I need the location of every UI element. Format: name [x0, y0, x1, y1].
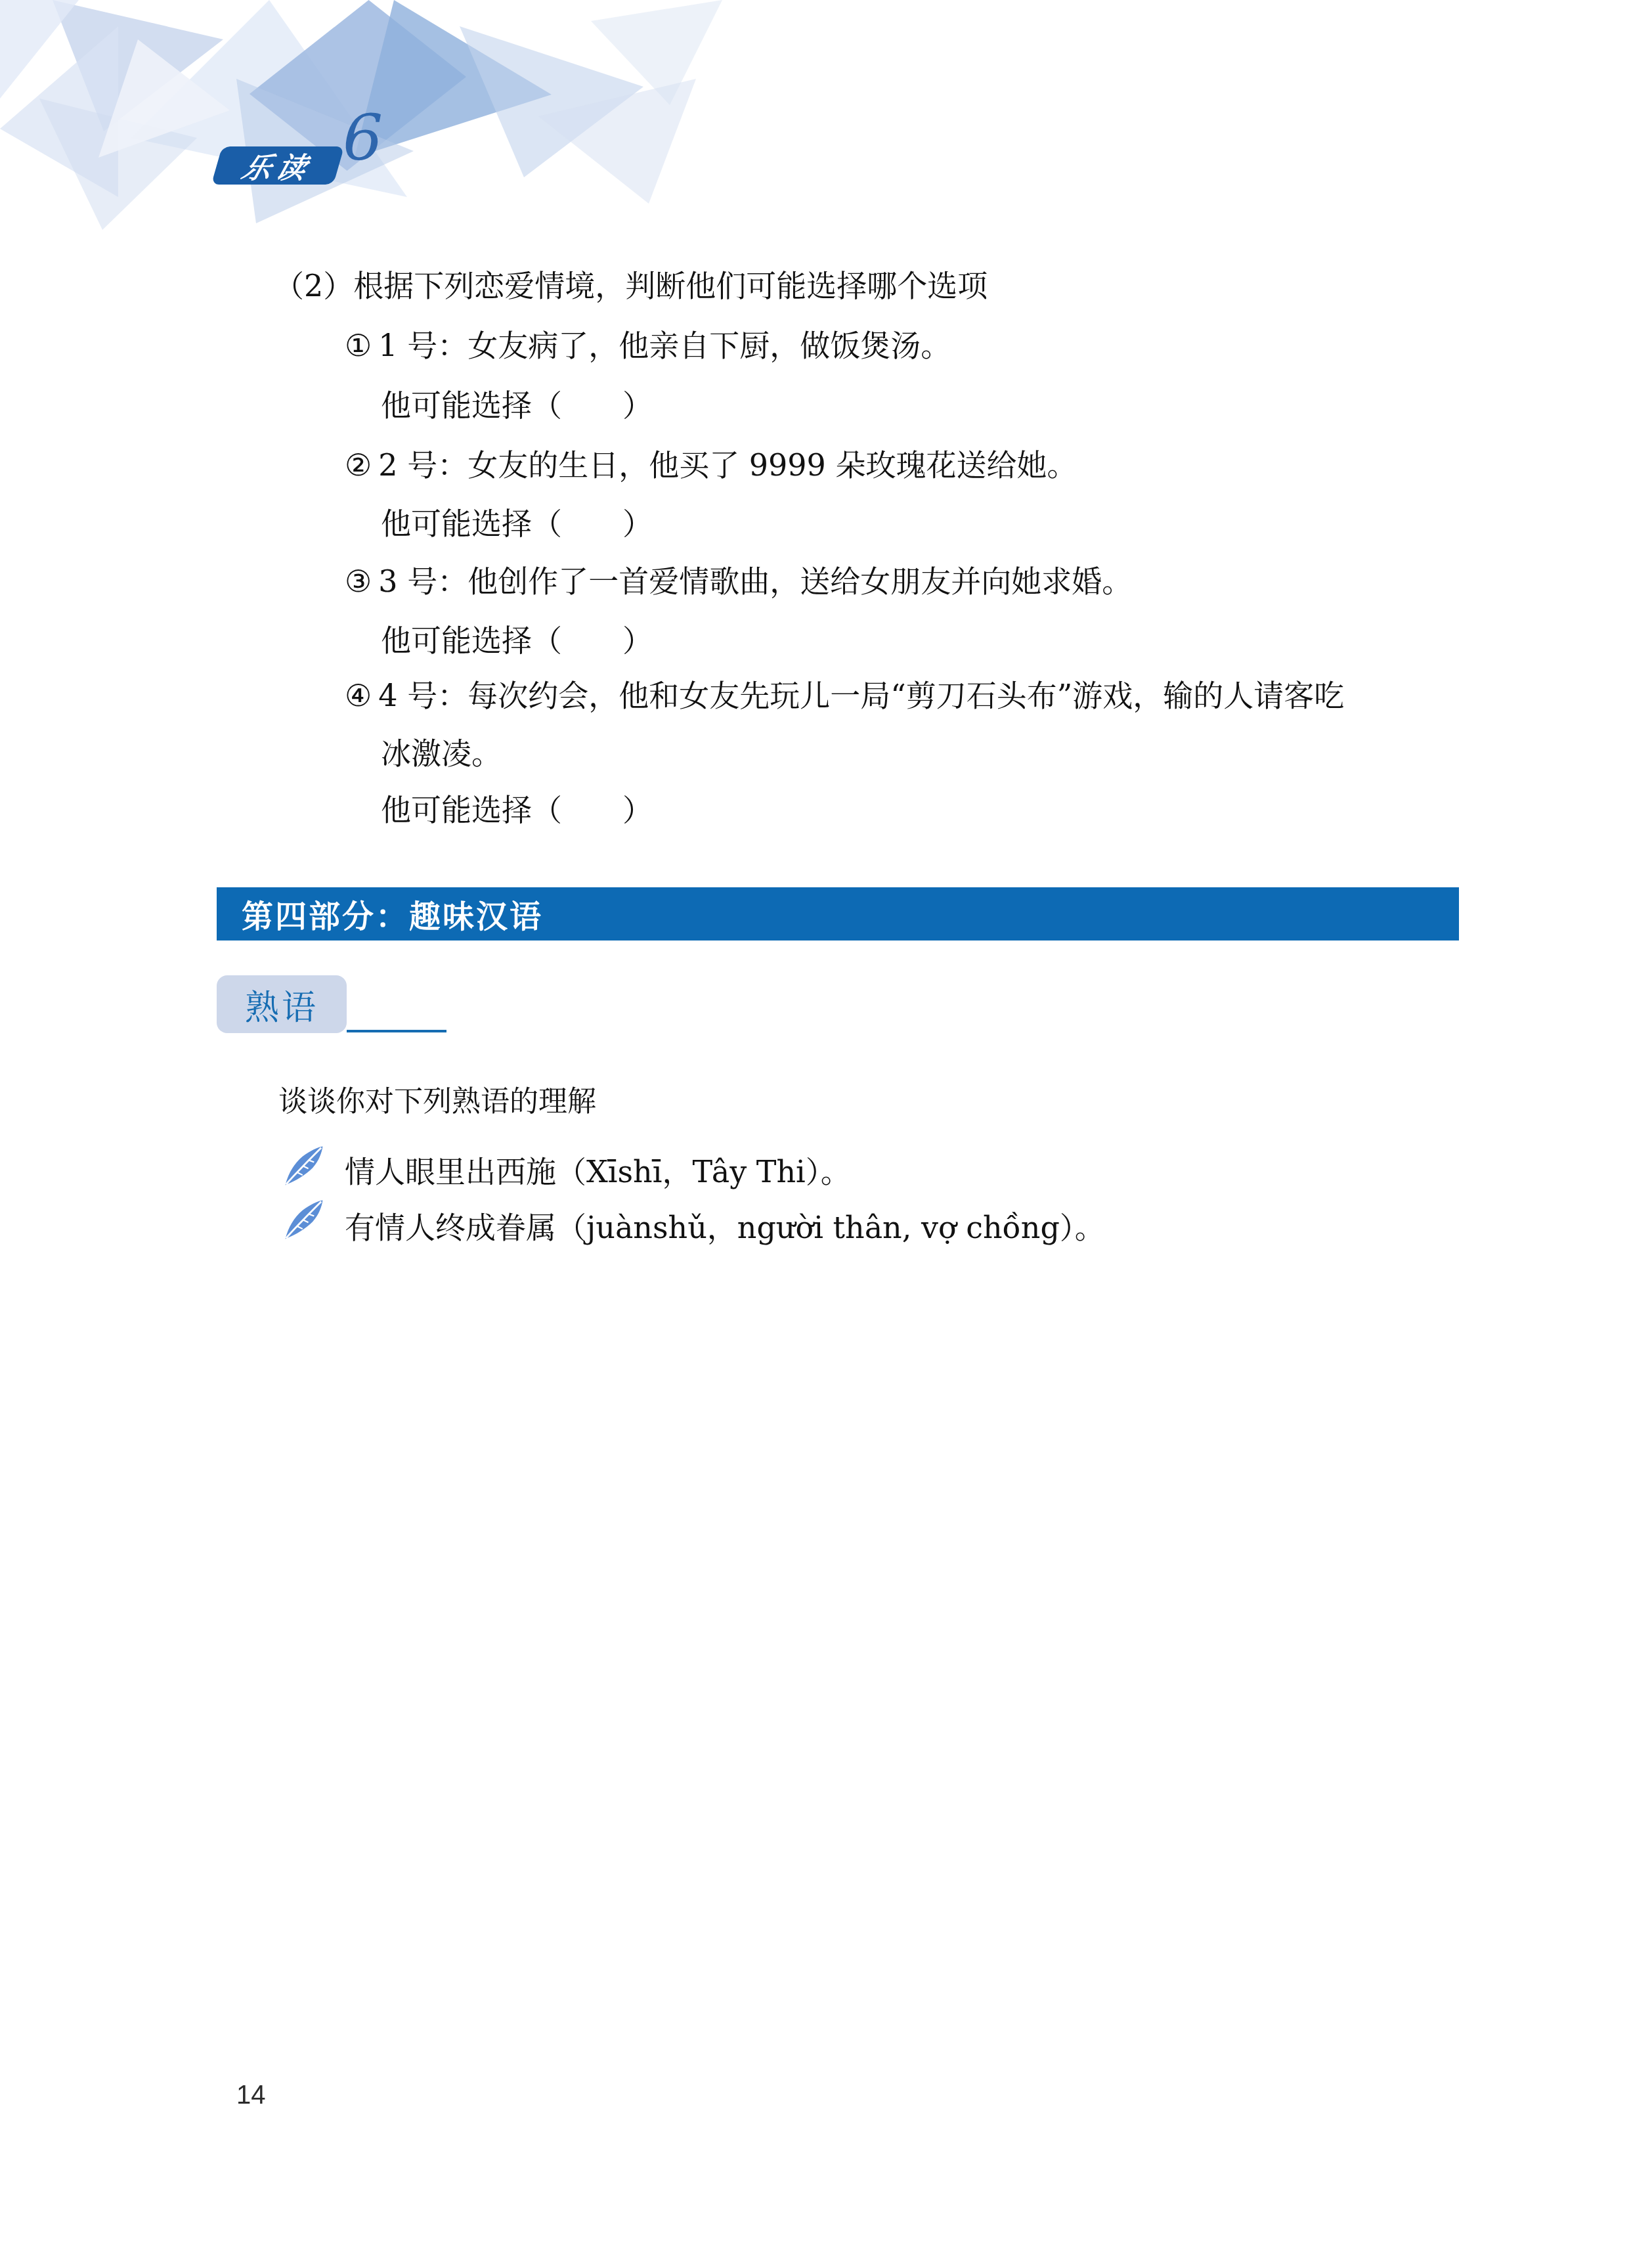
deco-polygon — [355, 0, 552, 158]
feather-icon — [281, 1197, 327, 1244]
deco-polygon — [538, 79, 696, 204]
item-text: 1 号：女友病了，他亲自下厨，做饭煲汤。 — [378, 328, 951, 363]
item-number-circle: ③ — [345, 564, 372, 599]
choice-line-3: 他可能选择（ ） — [381, 623, 653, 659]
idiom-2: 有情人终成眷属（juànshǔ，người thân, vợ chồng）。 — [345, 1204, 1105, 1247]
exercise-item-1: ①1 号：女友病了，他亲自下厨，做饭煲汤。 — [345, 328, 951, 364]
section-title: 第四部分：趣味汉语 — [217, 891, 543, 937]
choice-line-4: 他可能选择（ ） — [381, 792, 653, 828]
item-number-circle: ④ — [345, 678, 372, 713]
textbook-page: 乐读 6 （2）根据下列恋爱情境，判断他们可能选择哪个选项 ①1 号：女友病了，… — [0, 0, 1652, 2258]
deco-polygon — [0, 26, 118, 197]
series-logo-text: 乐读 — [238, 144, 318, 187]
feather-icon — [281, 1143, 327, 1190]
choice-line-2: 他可能选择（ ） — [381, 506, 653, 542]
deco-polygon — [591, 0, 722, 105]
exercise-item-3: ③3 号：他创作了一首爱情歌曲，送给女朋友并向她求婚。 — [345, 564, 1132, 600]
section-banner: 第四部分：趣味汉语 — [217, 887, 1459, 941]
idiom-1: 情人眼里出西施（Xīshī，Tây Thi）。 — [345, 1148, 851, 1191]
deco-polygon — [98, 39, 230, 158]
series-volume-number: 6 — [343, 106, 383, 169]
exercise-item-2: ②2 号：女友的生日，他买了 9999 朵玫瑰花送给她。 — [345, 447, 1077, 483]
deco-polygon — [0, 0, 79, 99]
item-text: 3 号：他创作了一首爱情歌曲，送给女朋友并向她求婚。 — [378, 564, 1132, 599]
idiom-tab-label: 熟语 — [245, 980, 318, 1029]
deco-polygon — [53, 0, 223, 131]
exercise-item-4-wrap: 冰激凌。 — [381, 736, 502, 772]
idiom-instruction: 谈谈你对下列熟语的理解 — [278, 1085, 596, 1120]
page-number: 14 — [236, 2081, 266, 2110]
choice-line-1: 他可能选择（ ） — [381, 387, 653, 424]
item-text: 4 号：每次约会，他和女友先玩儿一局“剪刀石头布”游戏，输的人请客吃 — [378, 678, 1344, 713]
item-text: 2 号：女友的生日，他买了 9999 朵玫瑰花送给她。 — [378, 447, 1077, 483]
item-number-circle: ② — [345, 447, 372, 483]
series-logo-badge: 乐读 — [211, 146, 345, 185]
idiom-tab: 熟语 — [217, 975, 347, 1033]
exercise-intro: （2）根据下列恋爱情境，判断他们可能选择哪个选项 — [274, 268, 988, 304]
item-number-circle: ① — [345, 328, 372, 363]
deco-polygon — [460, 26, 643, 177]
idiom-tab-underline — [347, 1030, 446, 1032]
deco-polygon — [39, 99, 197, 230]
exercise-item-4: ④4 号：每次约会，他和女友先玩儿一局“剪刀石头布”游戏，输的人请客吃 — [345, 678, 1344, 714]
